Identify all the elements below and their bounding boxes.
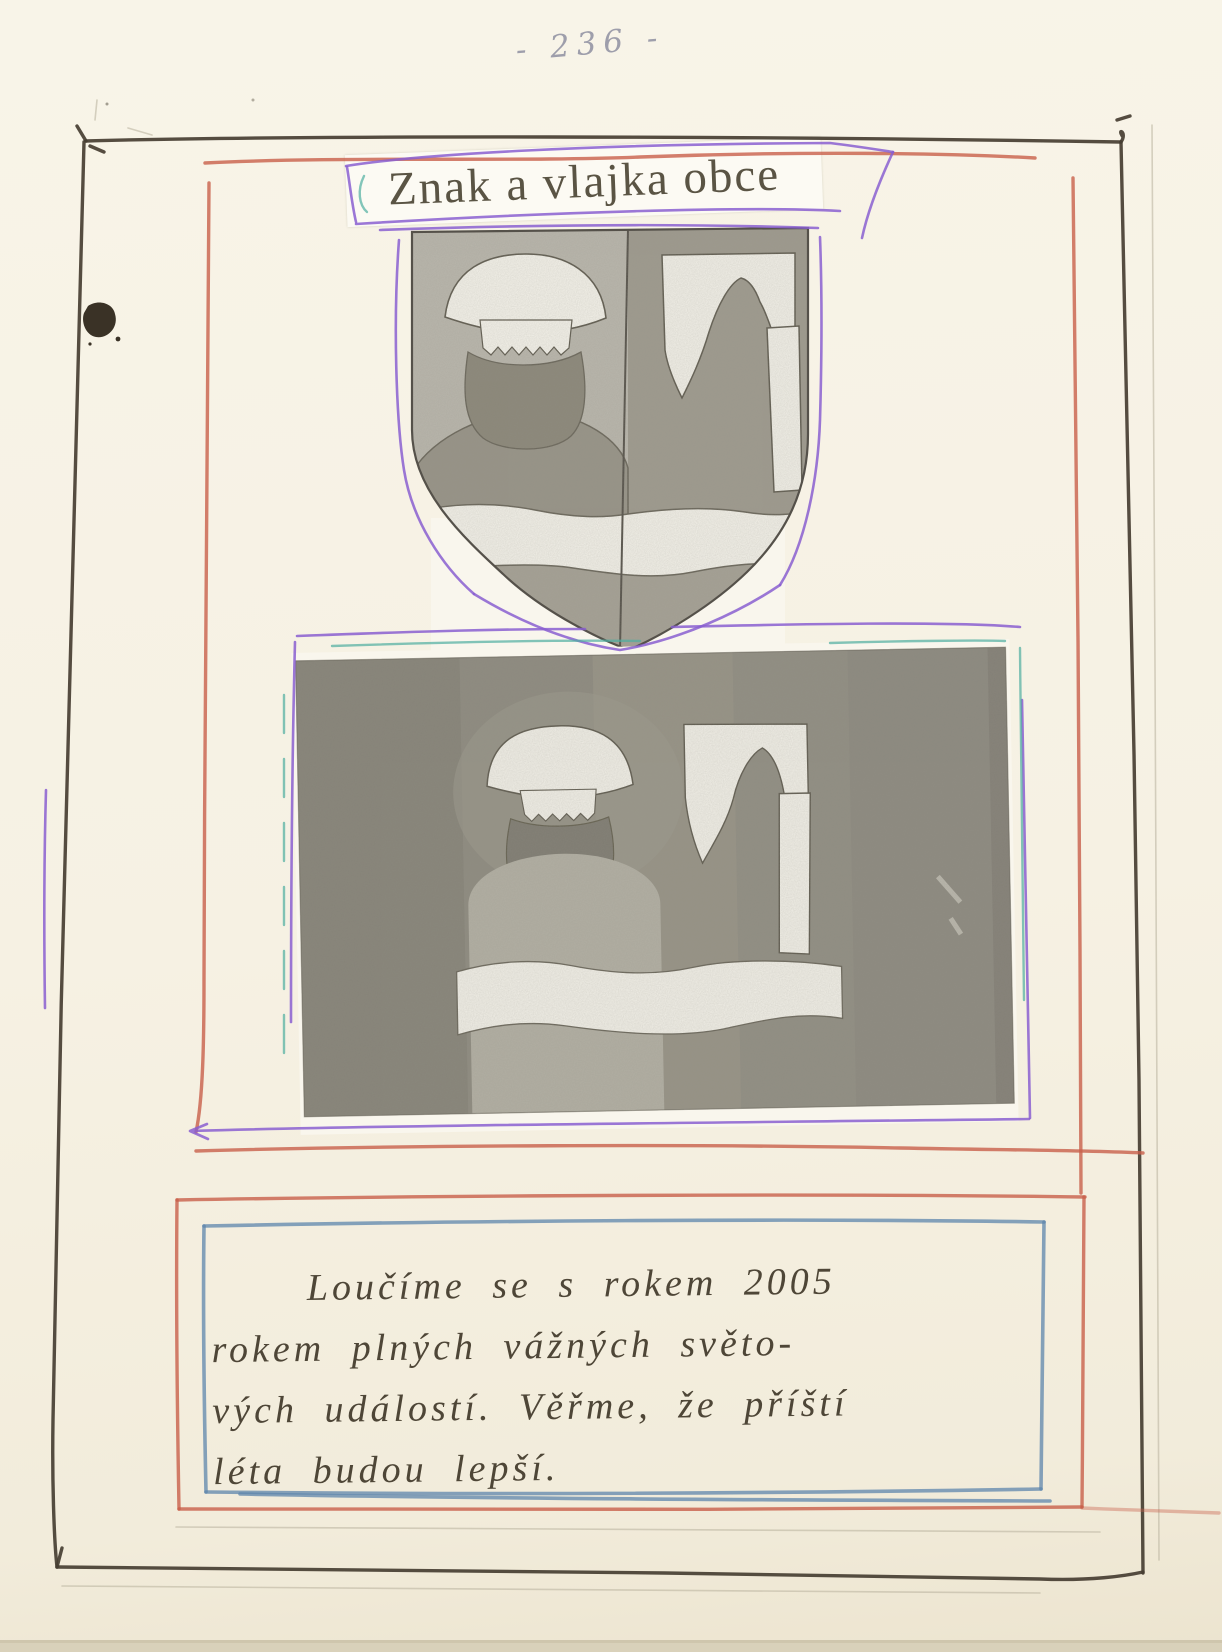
note-line: léta budou lepší. <box>213 1432 1060 1503</box>
note-line: rokem plných vážných světo- <box>211 1310 1058 1381</box>
chronicle-page: - 236 - Znak a vlajka obce <box>0 0 1222 1652</box>
scan-bottom-edge <box>0 1640 1222 1652</box>
title-strip: Znak a vlajka obce <box>345 137 823 227</box>
page-number: - 236 - <box>479 16 701 71</box>
note-line: Loučíme se s rokem 2005 <box>211 1249 1058 1320</box>
note-line: vých událostí. Věřme, že příští <box>212 1371 1059 1442</box>
photocopy-grain <box>296 647 1015 1117</box>
ink-blot <box>83 99 254 346</box>
coat-of-arms-figure <box>403 222 813 654</box>
flag-figure <box>287 633 1024 1139</box>
handwritten-note: Loučíme se s rokem 2005 rokem plných váž… <box>211 1249 1060 1503</box>
page-title: Znak a vlajka obce <box>387 147 781 216</box>
flag-artwork <box>296 647 1015 1117</box>
